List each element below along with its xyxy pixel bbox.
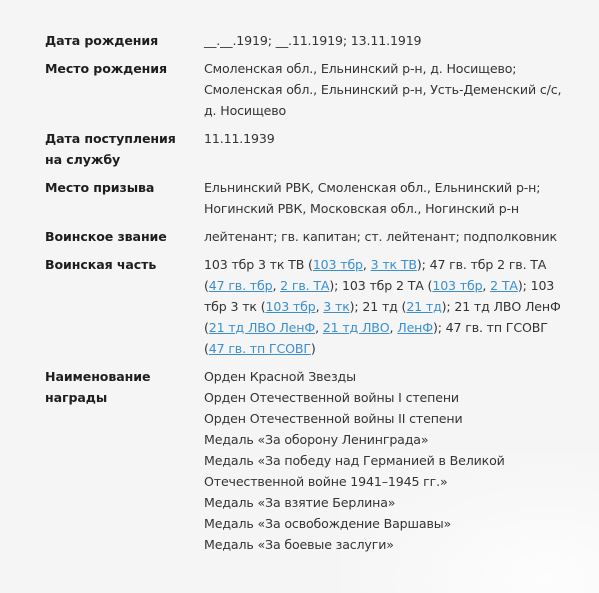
rank-value: лейтенант; гв. капитан; ст. лейтенант; п…: [204, 226, 565, 247]
unit-link[interactable]: ЛенФ: [397, 320, 433, 335]
award-item: Медаль «За освобождение Варшавы»: [204, 513, 565, 534]
unit-link[interactable]: 2 ТА: [490, 278, 518, 293]
row-awards: Наименование награды Орден Красной Звезд…: [45, 366, 565, 555]
birth-date-label: Дата рождения: [45, 30, 204, 51]
award-item: Медаль «За оборону Ленинграда»: [204, 429, 565, 450]
unit-link[interactable]: 103 тбр: [432, 278, 482, 293]
unit-value: 103 тбр 3 тк ТВ (103 тбр, 3 тк ТВ); 47 г…: [204, 254, 565, 359]
award-item: Орден Красной Звезды: [204, 366, 565, 387]
row-conscription-place: Место призыва Ельнинский РВК, Смоленская…: [45, 177, 565, 219]
unit-text: ,: [315, 320, 323, 335]
unit-link[interactable]: 3 тк: [323, 299, 349, 314]
rank-label: Воинское звание: [45, 226, 204, 247]
birth-place-label: Место рождения: [45, 58, 204, 121]
award-item: Орден Отечественной войны I степени: [204, 387, 565, 408]
awards-label: Наименование награды: [45, 366, 204, 555]
service-date-value: 11.11.1939: [204, 128, 565, 170]
service-date-label: Дата поступления на службу: [45, 128, 204, 170]
unit-link[interactable]: 2 гв. ТА: [280, 278, 329, 293]
unit-link[interactable]: 21 тд ЛВО: [323, 320, 390, 335]
award-item: Медаль «За боевые заслуги»: [204, 534, 565, 555]
award-item: Медаль «За взятие Берлина»: [204, 492, 565, 513]
unit-text: ): [311, 341, 316, 356]
unit-text: ); 103 тбр 2 ТА (: [329, 278, 432, 293]
unit-text: ,: [482, 278, 490, 293]
unit-link[interactable]: 3 тк ТВ: [371, 257, 417, 272]
unit-text: ); 21 тд (: [350, 299, 407, 314]
unit-text: ,: [363, 257, 371, 272]
unit-link[interactable]: 21 тд ЛВО ЛенФ: [209, 320, 315, 335]
conscription-place-label: Место призыва: [45, 177, 204, 219]
row-service-date: Дата поступления на службу 11.11.1939: [45, 128, 565, 170]
unit-label: Воинская часть: [45, 254, 204, 359]
unit-link[interactable]: 103 тбр: [265, 299, 315, 314]
conscription-place-value: Ельнинский РВК, Смоленская обл., Ельнинс…: [204, 177, 565, 219]
awards-list: Орден Красной ЗвездыОрден Отечественной …: [204, 366, 565, 555]
person-info-table: Дата рождения __.__.1919; __.11.1919; 13…: [45, 30, 565, 562]
award-item: Медаль «За победу над Германией в Велико…: [204, 450, 565, 492]
unit-text: ,: [272, 278, 280, 293]
birth-date-value: __.__.1919; __.11.1919; 13.11.1919: [204, 30, 565, 51]
birth-place-value: Смоленская обл., Ельнинский р-н, д. Носи…: [204, 58, 565, 121]
row-birth-date: Дата рождения __.__.1919; __.11.1919; 13…: [45, 30, 565, 51]
award-item: Орден Отечественной войны II степени: [204, 408, 565, 429]
row-birth-place: Место рождения Смоленская обл., Ельнинск…: [45, 58, 565, 121]
row-rank: Воинское звание лейтенант; гв. капитан; …: [45, 226, 565, 247]
unit-link[interactable]: 103 тбр: [313, 257, 363, 272]
unit-text: 103 тбр 3 тк ТВ (: [204, 257, 313, 272]
unit-link[interactable]: 47 гв. тбр: [209, 278, 273, 293]
unit-link[interactable]: 21 тд: [406, 299, 441, 314]
unit-link[interactable]: 47 гв. тп ГСОВГ: [209, 341, 311, 356]
row-unit: Воинская часть 103 тбр 3 тк ТВ (103 тбр,…: [45, 254, 565, 359]
